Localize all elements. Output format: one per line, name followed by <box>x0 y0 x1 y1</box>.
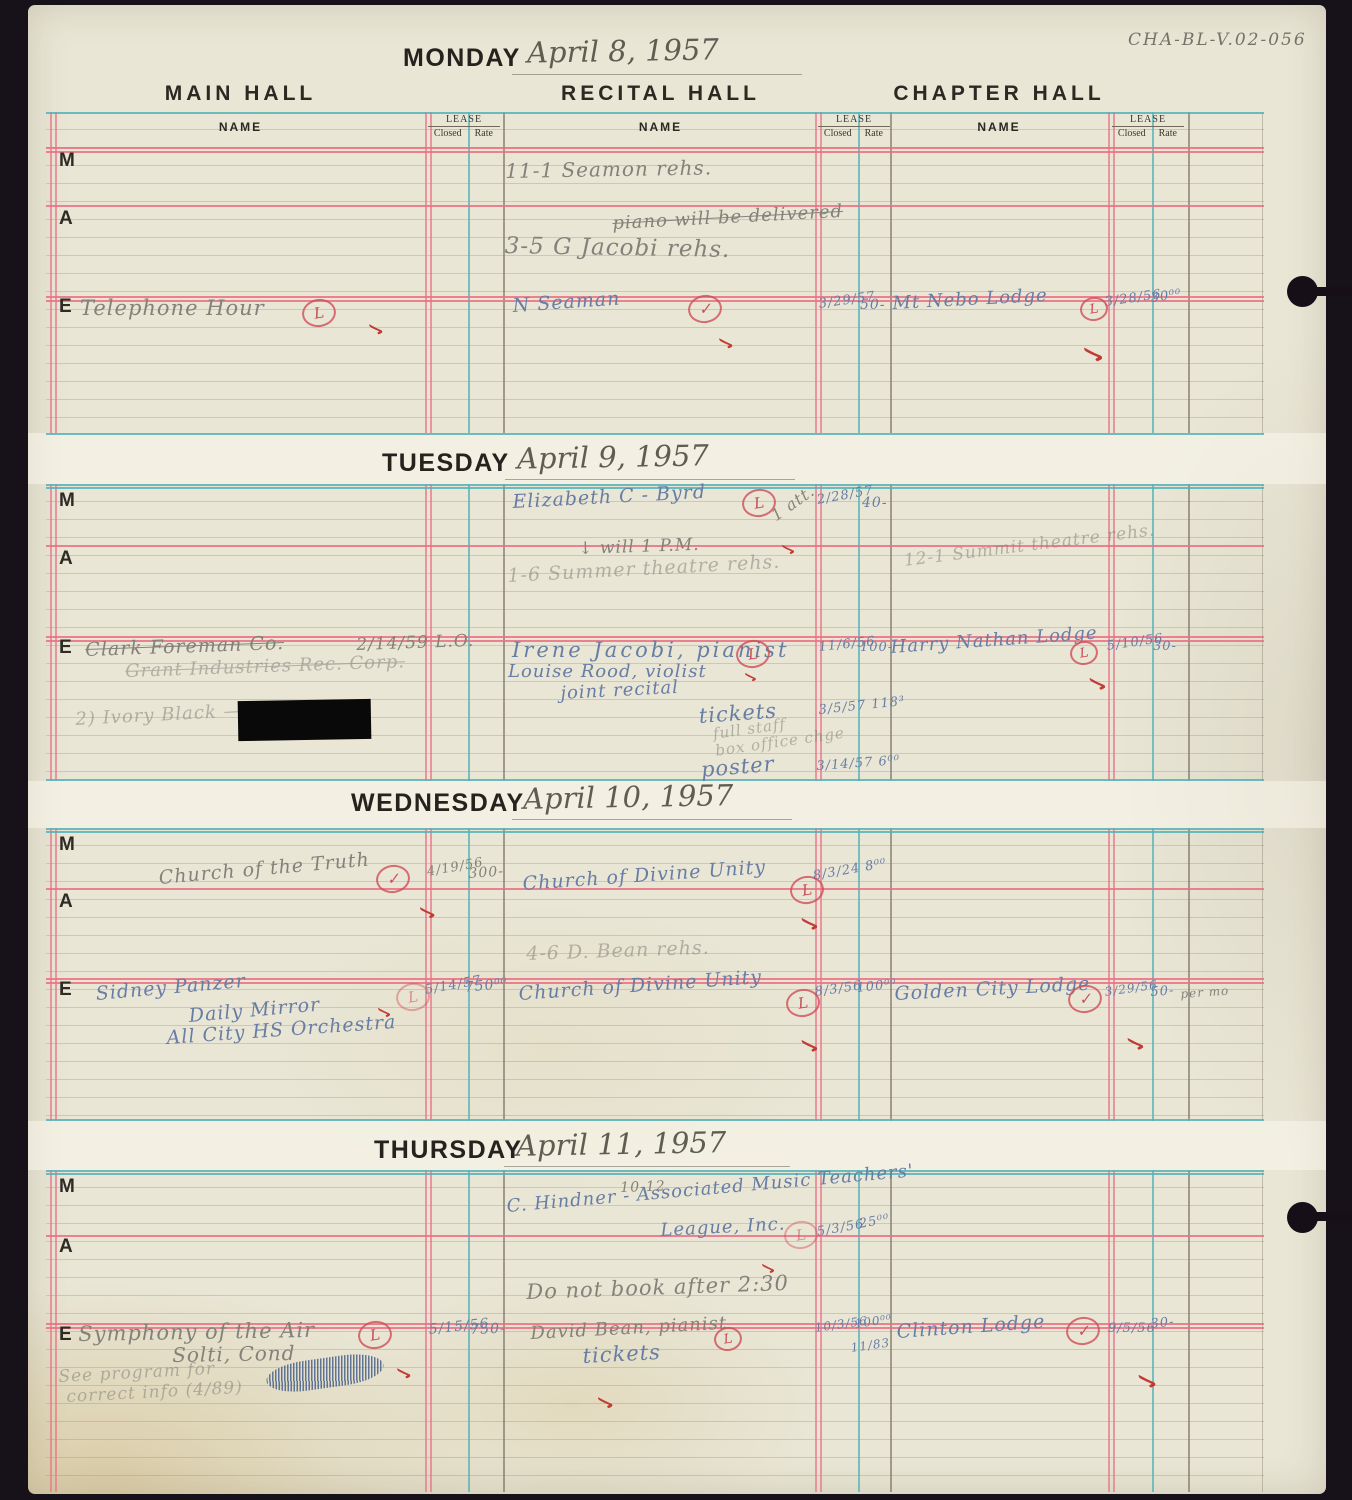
grid-vline <box>858 484 860 781</box>
grid-vline <box>1188 484 1190 781</box>
grid-vline <box>50 1170 52 1492</box>
grid-vline <box>1188 1170 1190 1492</box>
day-name-tuesday: TUESDAY <box>382 449 510 478</box>
handwritten-entry: 30- <box>1153 640 1177 655</box>
row-label-A: A <box>59 548 73 570</box>
grid-hline-red <box>46 147 1264 149</box>
grid-hline-blue <box>46 828 1264 830</box>
grid-vline <box>820 112 822 433</box>
lease-label: LEASE <box>818 114 890 127</box>
grid-hline-blue <box>46 831 1264 833</box>
grid-vline <box>1152 112 1154 433</box>
grid-vline <box>1108 828 1110 1121</box>
grid-hline-red <box>46 888 1264 890</box>
row-label-A: A <box>59 1236 73 1258</box>
day-name-thursday: THURSDAY <box>374 1136 523 1165</box>
lease-label: LEASE <box>1112 114 1184 127</box>
lease-header: LEASE ClosedRate <box>1112 114 1184 139</box>
handwritten-entry: 50- <box>860 297 886 313</box>
column-header-name: NAME <box>890 120 1108 134</box>
grid-vline <box>50 484 52 781</box>
handwritten-entry: 3-5 G Jacobi rehs. <box>505 233 731 263</box>
row-label-E: E <box>59 637 72 659</box>
grid-vline <box>1188 112 1190 433</box>
grid-vline <box>425 1170 427 1492</box>
handwritten-entry: 11-1 Seamon rehs. <box>505 156 712 183</box>
rate-label: Rate <box>468 128 500 139</box>
grid-vline <box>858 112 860 433</box>
row-label-E: E <box>59 979 72 1001</box>
grid-vline <box>55 484 57 781</box>
handwritten-entry: 100- <box>860 641 893 656</box>
row-label-E: E <box>59 296 72 318</box>
handwritten-entry: 300- <box>468 864 504 883</box>
row-label-A: A <box>59 208 73 230</box>
handwritten-entry: 50- <box>1150 984 1175 1001</box>
grid-vline <box>468 112 470 433</box>
redaction-box <box>238 699 372 741</box>
punch-hole-tab <box>1310 287 1352 296</box>
grid-vline <box>50 828 52 1121</box>
date-underline <box>504 1166 790 1167</box>
grid-vline <box>55 1170 57 1492</box>
row-label-E: E <box>59 1324 72 1346</box>
grid-vline <box>1262 112 1263 433</box>
grid-vline <box>890 828 892 1121</box>
handwritten-entry: 40- <box>862 495 888 511</box>
day-date-wednesday: April 10, 1957 <box>523 778 734 816</box>
date-underline <box>505 479 795 480</box>
grid-vline <box>1113 112 1115 433</box>
grid-hline-red <box>46 205 1264 207</box>
rate-label: Rate <box>1152 128 1184 139</box>
column-header-name: NAME <box>56 120 425 134</box>
lease-header: LEASE ClosedRate <box>428 114 500 139</box>
day-date-monday: April 8, 1957 <box>527 32 719 69</box>
lease-label: LEASE <box>428 114 500 127</box>
hall-title-main: MAIN HALL <box>56 82 425 106</box>
grid-vline <box>890 112 892 433</box>
grid-hline-blue <box>46 1119 1264 1121</box>
grid-hline-red <box>46 151 1264 153</box>
closed-label: Closed <box>1112 128 1152 139</box>
grid-vline <box>1188 828 1190 1121</box>
handwritten-entry: Telephone Hour <box>80 296 265 320</box>
day-date-thursday: April 11, 1957 <box>516 1125 727 1163</box>
grid-vline <box>1262 484 1263 781</box>
grid-hline-blue <box>46 112 1264 114</box>
grid-vline <box>1262 828 1263 1121</box>
grid-vline <box>503 484 505 781</box>
handwritten-entry: 750- <box>470 1321 506 1338</box>
closed-label: Closed <box>818 128 858 139</box>
handwritten-entry: 9/5/56 <box>1108 1322 1156 1337</box>
lease-header: LEASE ClosedRate <box>818 114 890 139</box>
grid-vline <box>815 112 817 433</box>
grid-vline <box>50 112 52 433</box>
catalog-number: CHA-BL-V.02-056 <box>1128 30 1307 50</box>
day-name-wednesday: WEDNESDAY <box>351 789 525 818</box>
day-name-monday: MONDAY <box>403 44 521 73</box>
hall-title-chapter: CHAPTER HALL <box>890 82 1108 106</box>
handwritten-entry: 30- <box>1150 1315 1175 1332</box>
grid-hline-blue <box>46 1173 1264 1175</box>
grid-vline <box>1152 828 1154 1121</box>
column-header-name: NAME <box>506 120 815 134</box>
punch-hole-tab <box>1310 1212 1352 1221</box>
row-label-M: M <box>59 150 75 172</box>
hall-title-recital: RECITAL HALL <box>506 82 815 106</box>
grid-vline <box>1262 1170 1263 1492</box>
date-underline <box>512 819 792 820</box>
handwritten-entry: tickets <box>582 1340 661 1368</box>
grid-vline <box>425 112 427 433</box>
grid-vline <box>890 1170 892 1492</box>
grid-hline-blue <box>46 433 1264 435</box>
ledger-scan: CHA-BL-V.02-056 MAIN HALL RECITAL HALL C… <box>0 0 1352 1500</box>
row-label-A: A <box>59 891 73 913</box>
row-label-M: M <box>59 1176 75 1198</box>
grid-hline-blue <box>46 1170 1264 1172</box>
grid-vline <box>1113 828 1115 1121</box>
row-label-M: M <box>59 490 75 512</box>
grid-vline <box>890 484 892 781</box>
grid-vline <box>1108 112 1110 433</box>
date-underline <box>512 74 802 75</box>
grid-hline-red <box>46 1235 1264 1237</box>
grid-vline <box>55 112 57 433</box>
grid-vline <box>55 828 57 1121</box>
row-label-M: M <box>59 834 75 856</box>
day-date-tuesday: April 9, 1957 <box>517 438 709 475</box>
closed-label: Closed <box>428 128 468 139</box>
rate-label: Rate <box>858 128 890 139</box>
grid-vline <box>430 112 432 433</box>
